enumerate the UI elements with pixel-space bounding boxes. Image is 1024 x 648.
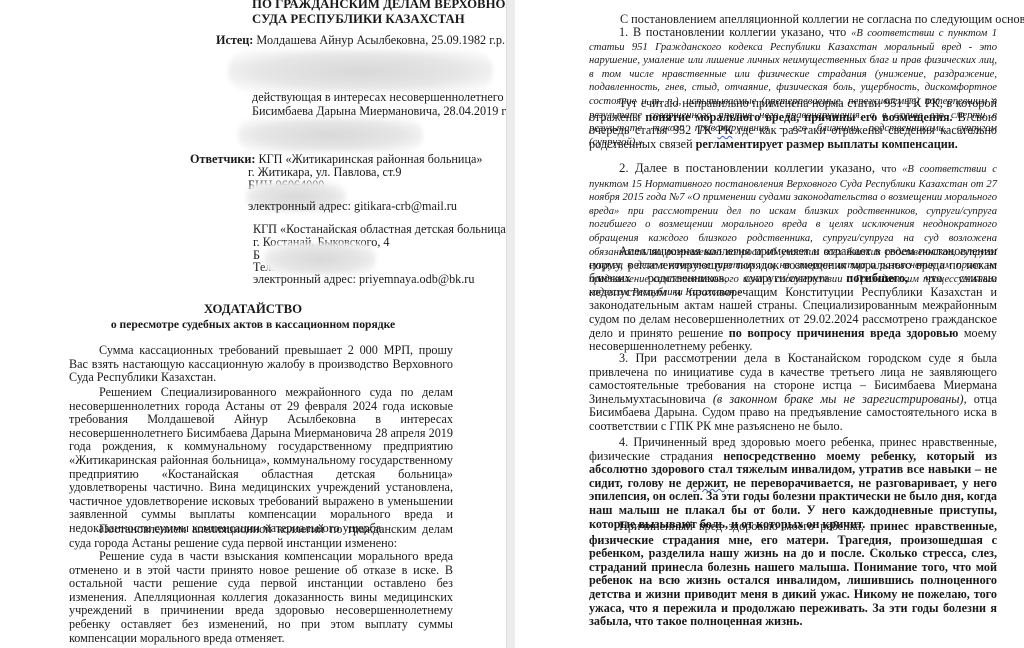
redacted-region [264,243,376,275]
defendant2-email: электронный адрес: priyemnaya.odb@bk.ru [253,273,474,287]
court-header-line1: ПО ГРАЖДАНСКИМ ДЕЛАМ ВЕРХОВНОГО [252,0,506,12]
plaintiff-acting-line2: Бисимбаева Дарына Миермановича, 28.04.20… [252,105,506,119]
redacted-region [228,50,493,92]
point-3: 3. При рассмотрении дела в Костанайском … [589,352,997,434]
point-2-comment: Апелляционная коллегия применяет и отраж… [589,245,997,354]
paragraph-sum: Сумма кассационных требований превышает … [69,344,453,385]
plaintiff-acting-line1: действующая в интересах несовершеннолетн… [252,91,504,105]
paragraph-first-instance: Решением Специализированного межрайонног… [69,386,453,536]
document-subtitle: о пересмотре судебных актов в кассационн… [0,318,506,332]
defendant1-email: электронный адрес: gitikara-crb@mail.ru [248,200,457,214]
document-page-right: С постановлением апелляционной коллегии … [515,0,1024,648]
point-4: 4. Причиненный вред здоровью моего ребен… [589,436,997,531]
plaintiff-line: Истец: Молдашева Айнур Асылбековна, 25.0… [216,34,505,48]
spellcheck-underline: РК [717,123,732,137]
point-5: Причиненный вред здоровью моего ребенка,… [589,520,997,629]
redacted-region [238,118,423,152]
paragraph-appeal: Постановлением апелляционной коллегий по… [69,523,453,550]
court-header-line2: СУДА РЕСПУБЛИКИ КАЗАХСТАН [252,12,506,27]
defendant1-name: КГП «Житикаринская районная больница» [259,152,483,166]
plaintiff-name: Молдашева Айнур Асылбековна, 25.09.1982 … [256,33,505,47]
document-page-left: ПО ГРАЖДАНСКИМ ДЕЛАМ ВЕРХОВНОГО СУДА РЕС… [0,0,506,648]
plaintiff-label: Истец: [216,33,253,47]
document-title: ХОДАТАЙСТВО [0,303,506,317]
defendants-label: Ответчики: [190,152,255,166]
spellcheck-underline: держит, [686,476,728,490]
court-header: ПО ГРАЖДАНСКИМ ДЕЛАМ ВЕРХОВНОГО СУДА РЕС… [252,0,506,27]
paragraph-appeal-decision: Решение суда в части взыскания компенсац… [69,550,453,645]
point-1-comment: Тут считаю неправильно применена норма с… [589,97,997,151]
